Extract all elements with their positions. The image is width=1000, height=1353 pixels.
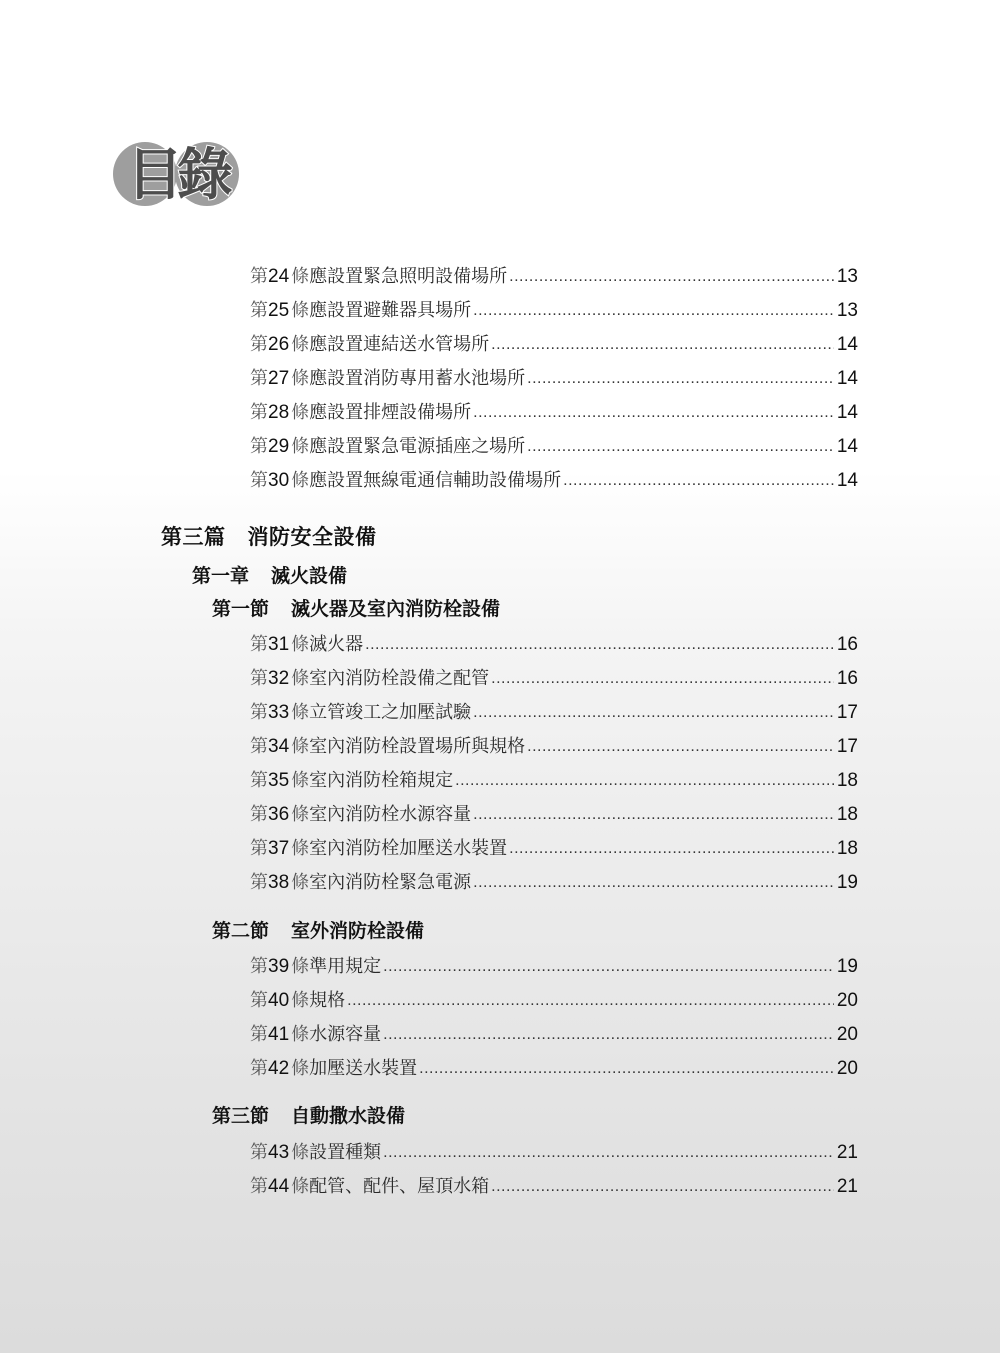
article-number: 31 <box>268 633 289 657</box>
article-suffix: 條 <box>289 871 309 895</box>
toc-entry[interactable]: 第32條室內消防栓設備之配管16 <box>250 666 858 690</box>
toc-entry[interactable]: 第35條室內消防栓箱規定18 <box>250 768 858 792</box>
entry-title: 加壓送水裝置 <box>309 1057 417 1081</box>
article-suffix: 條 <box>289 333 309 357</box>
dot-leader <box>527 433 834 459</box>
page-number: 19 <box>836 871 858 895</box>
article-suffix: 條 <box>289 367 309 391</box>
article-prefix: 第 <box>250 837 268 861</box>
entry-title: 應設置消防專用蓄水池場所 <box>309 367 525 391</box>
entry-title: 應設置連結送水管場所 <box>309 333 489 357</box>
article-suffix: 條 <box>289 701 309 725</box>
toc-entry[interactable]: 第26條應設置連結送水管場所14 <box>250 332 858 356</box>
article-number: 27 <box>268 367 289 391</box>
entry-title: 應設置避難器具場所 <box>309 299 471 323</box>
article-number: 28 <box>268 401 289 425</box>
page-number: 14 <box>836 435 858 459</box>
dot-leader <box>563 467 834 493</box>
toc-entry[interactable]: 第33條立管竣工之加壓試驗17 <box>250 700 858 724</box>
article-number: 44 <box>268 1175 289 1199</box>
section-label: 第一節 <box>212 598 269 620</box>
toc-entry[interactable]: 第43條設置種類21 <box>250 1140 858 1164</box>
article-prefix: 第 <box>250 1141 268 1165</box>
article-number: 43 <box>268 1141 289 1165</box>
dot-leader <box>473 699 834 725</box>
page-number: 18 <box>836 769 858 793</box>
section-heading[interactable]: 第二節室外消防栓設備 <box>212 916 424 943</box>
article-suffix: 條 <box>289 837 309 861</box>
dot-leader <box>491 665 834 691</box>
toc-entry[interactable]: 第37條室內消防栓加壓送水裝置18 <box>250 836 858 860</box>
article-number: 35 <box>268 769 289 793</box>
part-title: 消防安全設備 <box>248 525 377 549</box>
toc-entry[interactable]: 第36條室內消防栓水源容量18 <box>250 802 858 826</box>
article-suffix: 條 <box>289 1023 309 1047</box>
toc-entry[interactable]: 第44條配管、配件、屋頂水箱21 <box>250 1174 858 1198</box>
toc-entry[interactable]: 第31條滅火器16 <box>250 632 858 656</box>
article-number: 34 <box>268 735 289 759</box>
page-number: 14 <box>836 367 858 391</box>
article-number: 36 <box>268 803 289 827</box>
entry-title: 室內消防栓加壓送水裝置 <box>309 837 507 861</box>
toc-logo-heading: 目 錄 <box>113 142 243 208</box>
entry-title: 準用規定 <box>309 955 381 979</box>
article-suffix: 條 <box>289 401 309 425</box>
dot-leader <box>419 1055 834 1081</box>
entry-title: 室內消防栓水源容量 <box>309 803 471 827</box>
section-title: 自動撒水設備 <box>291 1105 405 1127</box>
article-suffix: 條 <box>289 469 309 493</box>
page-number: 13 <box>836 265 858 289</box>
article-prefix: 第 <box>250 769 268 793</box>
article-prefix: 第 <box>250 871 268 895</box>
page-number: 20 <box>836 1057 858 1081</box>
entry-title: 應設置緊急照明設備場所 <box>309 265 507 289</box>
page-number: 20 <box>836 989 858 1013</box>
article-prefix: 第 <box>250 955 268 979</box>
article-prefix: 第 <box>250 401 268 425</box>
section-heading[interactable]: 第一節滅火器及室內消防栓設備 <box>212 594 500 621</box>
page-number: 20 <box>836 1023 858 1047</box>
article-suffix: 條 <box>289 1175 309 1199</box>
article-number: 41 <box>268 1023 289 1047</box>
dot-leader <box>383 1021 834 1047</box>
section-heading[interactable]: 第三節自動撒水設備 <box>212 1101 405 1128</box>
entry-title: 室內消防栓緊急電源 <box>309 871 471 895</box>
toc-entry[interactable]: 第25條應設置避難器具場所13 <box>250 298 858 322</box>
dot-leader <box>473 297 834 323</box>
article-suffix: 條 <box>289 955 309 979</box>
toc-entry[interactable]: 第39條準用規定19 <box>250 954 858 978</box>
section-title: 滅火器及室內消防栓設備 <box>291 598 500 620</box>
article-prefix: 第 <box>250 701 268 725</box>
article-suffix: 條 <box>289 989 309 1013</box>
page-number: 19 <box>836 955 858 979</box>
article-prefix: 第 <box>250 367 268 391</box>
chapter-label: 第一章 <box>192 565 249 587</box>
dot-leader <box>491 1173 834 1199</box>
article-number: 25 <box>268 299 289 323</box>
article-number: 33 <box>268 701 289 725</box>
article-prefix: 第 <box>250 299 268 323</box>
article-number: 26 <box>268 333 289 357</box>
dot-leader <box>473 801 834 827</box>
section-label: 第二節 <box>212 920 269 942</box>
article-prefix: 第 <box>250 803 268 827</box>
article-suffix: 條 <box>289 667 309 691</box>
dot-leader <box>491 331 834 357</box>
dot-leader <box>455 767 834 793</box>
article-prefix: 第 <box>250 735 268 759</box>
entry-title: 滅火器 <box>309 633 363 657</box>
dot-leader <box>473 399 834 425</box>
article-suffix: 條 <box>289 1057 309 1081</box>
toc-entry[interactable]: 第24條應設置緊急照明設備場所13 <box>250 264 858 288</box>
article-prefix: 第 <box>250 1023 268 1047</box>
entry-title: 室內消防栓箱規定 <box>309 769 453 793</box>
toc-entry[interactable]: 第38條室內消防栓緊急電源19 <box>250 870 858 894</box>
article-number: 42 <box>268 1057 289 1081</box>
part-heading[interactable]: 第三篇消防安全設備 <box>161 521 377 551</box>
article-number: 39 <box>268 955 289 979</box>
article-prefix: 第 <box>250 1057 268 1081</box>
article-number: 24 <box>268 265 289 289</box>
article-prefix: 第 <box>250 435 268 459</box>
page-number: 13 <box>836 299 858 323</box>
entry-title: 應設置緊急電源插座之場所 <box>309 435 525 459</box>
entry-title: 設置種類 <box>309 1141 381 1165</box>
article-prefix: 第 <box>250 469 268 493</box>
article-suffix: 條 <box>289 435 309 459</box>
toc-entry[interactable]: 第29條應設置緊急電源插座之場所14 <box>250 434 858 458</box>
dot-leader <box>509 263 834 289</box>
article-number: 37 <box>268 837 289 861</box>
article-suffix: 條 <box>289 735 309 759</box>
article-number: 32 <box>268 667 289 691</box>
article-suffix: 條 <box>289 769 309 793</box>
logo-char-mu: 目 <box>127 146 183 206</box>
page-number: 21 <box>836 1141 858 1165</box>
toc-entry[interactable]: 第34條室內消防栓設置場所與規格17 <box>250 734 858 758</box>
entry-title: 應設置排煙設備場所 <box>309 401 471 425</box>
section-title: 室外消防栓設備 <box>291 920 424 942</box>
entry-title: 立管竣工之加壓試驗 <box>309 701 471 725</box>
page-number: 17 <box>836 735 858 759</box>
article-suffix: 條 <box>289 633 309 657</box>
page-number: 14 <box>836 333 858 357</box>
chapter-heading[interactable]: 第一章滅火設備 <box>192 561 347 588</box>
page-number: 14 <box>836 401 858 425</box>
dot-leader <box>473 869 834 895</box>
dot-leader <box>365 631 834 657</box>
article-suffix: 條 <box>289 265 309 289</box>
entry-title: 室內消防栓設備之配管 <box>309 667 489 691</box>
article-number: 38 <box>268 871 289 895</box>
page-number: 16 <box>836 633 858 657</box>
page-number: 16 <box>836 667 858 691</box>
entry-title: 規格 <box>309 989 345 1013</box>
toc-entry[interactable]: 第42條加壓送水裝置20 <box>250 1056 858 1080</box>
chapter-title: 滅火設備 <box>271 565 347 587</box>
part-label: 第三篇 <box>161 525 226 549</box>
toc-entry[interactable]: 第30條應設置無線電通信輔助設備場所14 <box>250 468 858 492</box>
article-prefix: 第 <box>250 265 268 289</box>
entry-title: 水源容量 <box>309 1023 381 1047</box>
dot-leader <box>527 733 834 759</box>
dot-leader <box>509 835 834 861</box>
dot-leader <box>527 365 834 391</box>
dot-leader <box>383 1139 834 1165</box>
toc-entry[interactable]: 第41條水源容量20 <box>250 1022 858 1046</box>
entry-title: 應設置無線電通信輔助設備場所 <box>309 469 561 493</box>
entry-title: 配管、配件、屋頂水箱 <box>309 1175 489 1199</box>
article-prefix: 第 <box>250 667 268 691</box>
article-suffix: 條 <box>289 1141 309 1165</box>
article-prefix: 第 <box>250 1175 268 1199</box>
article-suffix: 條 <box>289 299 309 323</box>
toc-entry[interactable]: 第40條規格20 <box>250 988 858 1012</box>
entry-title: 室內消防栓設置場所與規格 <box>309 735 525 759</box>
page-number: 18 <box>836 837 858 861</box>
page-number: 14 <box>836 469 858 493</box>
toc-entry[interactable]: 第28條應設置排煙設備場所14 <box>250 400 858 424</box>
section-label: 第三節 <box>212 1105 269 1127</box>
article-prefix: 第 <box>250 633 268 657</box>
article-number: 29 <box>268 435 289 459</box>
dot-leader <box>347 987 834 1013</box>
article-number: 30 <box>268 469 289 493</box>
toc-entry[interactable]: 第27條應設置消防專用蓄水池場所14 <box>250 366 858 390</box>
dot-leader <box>383 953 834 979</box>
article-number: 40 <box>268 989 289 1013</box>
page-number: 21 <box>836 1175 858 1199</box>
article-suffix: 條 <box>289 803 309 827</box>
page-number: 17 <box>836 701 858 725</box>
page-number: 18 <box>836 803 858 827</box>
article-prefix: 第 <box>250 333 268 357</box>
article-prefix: 第 <box>250 989 268 1013</box>
logo-char-lu: 錄 <box>177 146 233 206</box>
